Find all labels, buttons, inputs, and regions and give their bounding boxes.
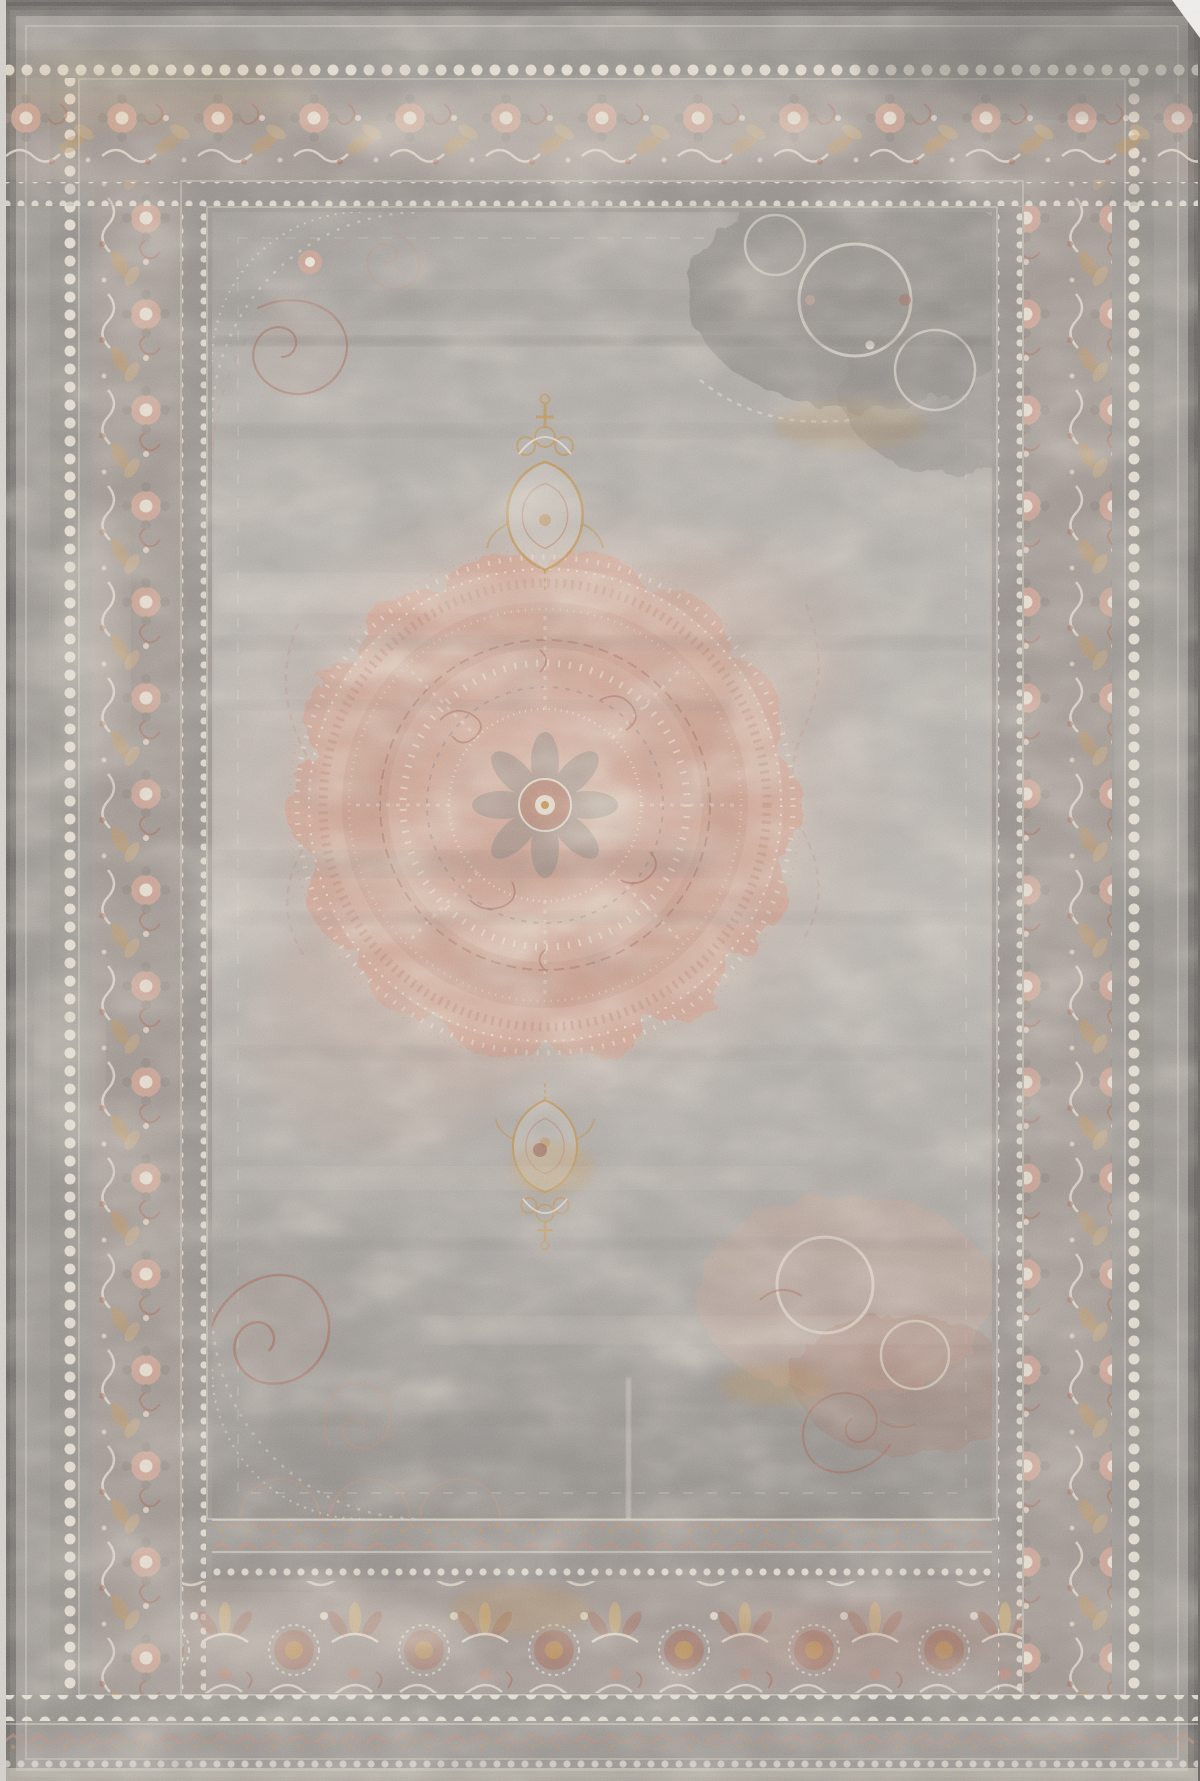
- rug-photo: [0, 0, 1200, 1781]
- photo-stage: [0, 0, 1200, 1781]
- pile-grain-overlay: [0, 0, 1200, 1781]
